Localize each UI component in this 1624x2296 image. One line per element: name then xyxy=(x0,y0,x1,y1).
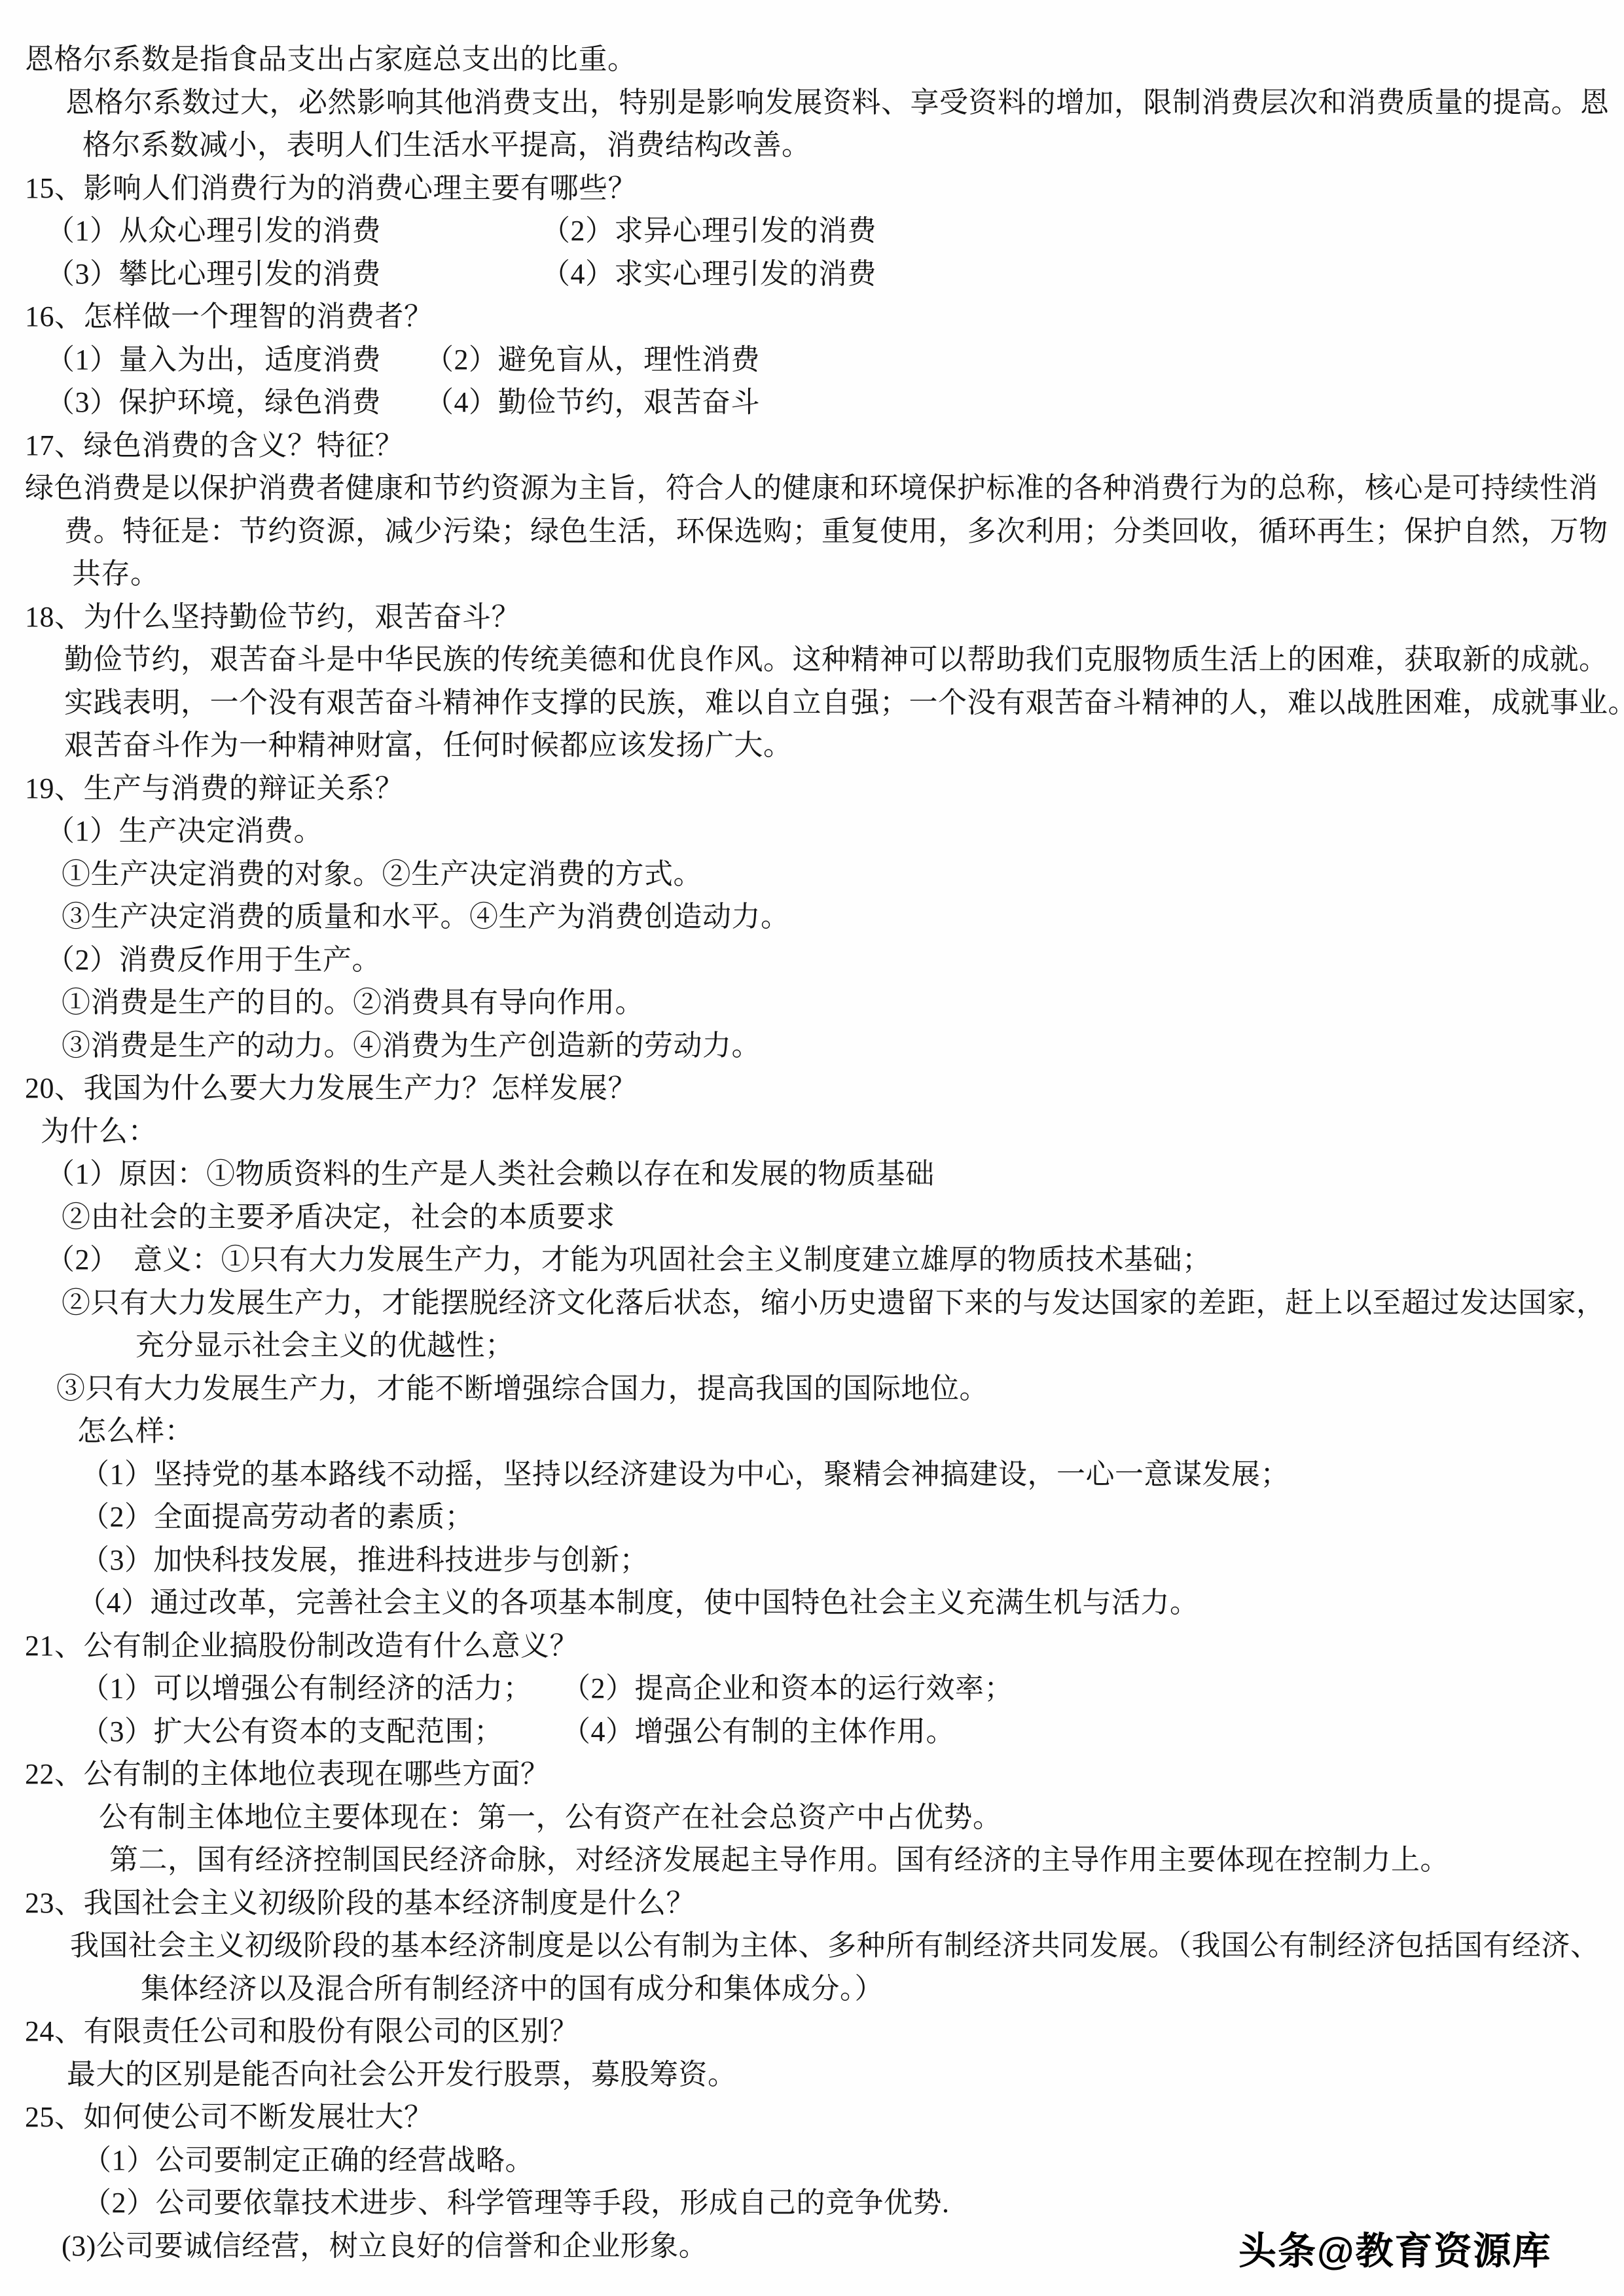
text-line: （3）加快科技发展，推进科技进步与创新； xyxy=(25,1539,1604,1582)
text-line: 18、为什么坚持勤俭节约，艰苦奋斗？ xyxy=(25,596,1604,639)
text-line: （3）攀比心理引发的消费 （4）求实心理引发的消费 xyxy=(25,253,1604,296)
text-line: 16、怎样做一个理智的消费者？ xyxy=(25,295,1604,338)
text-line: 25、如何使公司不断发展壮大？ xyxy=(25,2096,1604,2139)
text-line: 费。特征是：节约资源，减少污染；绿色生活，环保选购；重复使用，多次利用；分类回收… xyxy=(25,510,1604,553)
text-line: 格尔系数减小，表明人们生活水平提高，消费结构改善。 xyxy=(25,124,1604,167)
text-line: 为什么： xyxy=(25,1110,1604,1153)
text-line: （1）可以增强公有制经济的活力； （2）提高企业和资本的运行效率； xyxy=(25,1667,1604,1710)
text-line: 22、公有制的主体地位表现在哪些方面？ xyxy=(25,1753,1604,1796)
text-line: 公有制主体地位主要体现在：第一，公有资产在社会总资产中占优势。 xyxy=(25,1796,1604,1839)
text-line: 23、我国社会主义初级阶段的基本经济制度是什么？ xyxy=(25,1882,1604,1925)
text-line: 21、公有制企业搞股份制改造有什么意义？ xyxy=(25,1624,1604,1668)
text-line: 恩格尔系数过大，必然影响其他消费支出，特别是影响发展资料、享受资料的增加，限制消… xyxy=(25,81,1604,124)
text-line: ③只有大力发展生产力，才能不断增强综合国力，提高我国的国际地位。 xyxy=(25,1367,1604,1410)
text-line: 绿色消费是以保护消费者健康和节约资源为主旨，符合人的健康和环境保护标准的各种消费… xyxy=(25,467,1604,510)
text-line: （1）原因：①物质资料的生产是人类社会赖以存在和发展的物质基础 xyxy=(25,1153,1604,1196)
text-line: 第二，国有经济控制国民经济命脉，对经济发展起主导作用。国有经济的主导作用主要体现… xyxy=(25,1839,1604,1882)
text-line: （2）消费反作用于生产。 xyxy=(25,939,1604,982)
text-line: 20、我国为什么要大力发展生产力？怎样发展？ xyxy=(25,1067,1604,1110)
text-line: （1）量入为出，适度消费 （2）避免盲从，理性消费 xyxy=(25,338,1604,382)
text-line: 共存。 xyxy=(25,552,1604,596)
text-line: ③消费是生产的动力。④消费为生产创造新的劳动力。 xyxy=(25,1024,1604,1067)
text-line: 勤俭节约，艰苦奋斗是中华民族的传统美德和优良作风。这种精神可以帮助我们克服物质生… xyxy=(25,638,1604,681)
text-line: 恩格尔系数是指食品支出占家庭总支出的比重。 xyxy=(25,38,1604,81)
text-line: 我国社会主义初级阶段的基本经济制度是以公有制为主体、多种所有制经济共同发展。（我… xyxy=(25,1924,1604,1967)
text-line: 最大的区别是能否向社会公开发行股票，募股筹资。 xyxy=(25,2053,1604,2096)
text-line: （1）生产决定消费。 xyxy=(25,810,1604,853)
text-line: 15、影响人们消费行为的消费心理主要有哪些？ xyxy=(25,167,1604,210)
text-line: 24、有限责任公司和股份有限公司的区别？ xyxy=(25,2010,1604,2053)
text-line: （2） 意义：①只有大力发展生产力，才能为巩固社会主义制度建立雄厚的物质技术基础… xyxy=(25,1238,1604,1282)
text-line: ③生产决定消费的质量和水平。④生产为消费创造动力。 xyxy=(25,895,1604,939)
text-line: ①生产决定消费的对象。②生产决定消费的方式。 xyxy=(25,853,1604,896)
text-line: 19、生产与消费的辩证关系？ xyxy=(25,767,1604,810)
text-line: （2）公司要依靠技术进步、科学管理等手段，形成自己的竞争优势. xyxy=(25,2181,1604,2225)
text-line: （4）通过改革，完善社会主义的各项基本制度，使中国特色社会主义充满生机与活力。 xyxy=(25,1581,1604,1624)
text-line: 充分显示社会主义的优越性； xyxy=(25,1324,1604,1367)
text-line: （1）公司要制定正确的经营战略。 xyxy=(25,2139,1604,2182)
text-line: 实践表明，一个没有艰苦奋斗精神作支撑的民族，难以自立自强；一个没有艰苦奋斗精神的… xyxy=(25,681,1604,725)
text-line: ①消费是生产的目的。②消费具有导向作用。 xyxy=(25,981,1604,1024)
text-line: ②只有大力发展生产力，才能摆脱经济文化落后状态，缩小历史遗留下来的与发达国家的差… xyxy=(25,1282,1604,1325)
text-line: （3）保护环境，绿色消费 （4）勤俭节约，艰苦奋斗 xyxy=(25,381,1604,424)
text-line: （1）从众心理引发的消费 （2）求异心理引发的消费 xyxy=(25,209,1604,253)
document-page: 恩格尔系数是指食品支出占家庭总支出的比重。恩格尔系数过大，必然影响其他消费支出，… xyxy=(0,0,1624,2296)
text-line: 集体经济以及混合所有制经济中的国有成分和集体成分。） xyxy=(25,1967,1604,2011)
text-line: ②由社会的主要矛盾决定，社会的本质要求 xyxy=(25,1196,1604,1239)
document-lines: 恩格尔系数是指食品支出占家庭总支出的比重。恩格尔系数过大，必然影响其他消费支出，… xyxy=(0,0,1624,2267)
text-line: 怎么样： xyxy=(25,1410,1604,1453)
text-line: 艰苦奋斗作为一种精神财富，任何时候都应该发扬广大。 xyxy=(25,724,1604,767)
text-line: 17、绿色消费的含义？特征？ xyxy=(25,424,1604,467)
text-line: （1）坚持党的基本路线不动摇，坚持以经济建设为中心，聚精会神搞建设，一心一意谋发… xyxy=(25,1453,1604,1496)
text-line: （2）全面提高劳动者的素质； xyxy=(25,1496,1604,1539)
watermark: 头条@教育资源库 xyxy=(1238,2220,1552,2275)
text-line: （3）扩大公有资本的支配范围； （4）增强公有制的主体作用。 xyxy=(25,1710,1604,1753)
